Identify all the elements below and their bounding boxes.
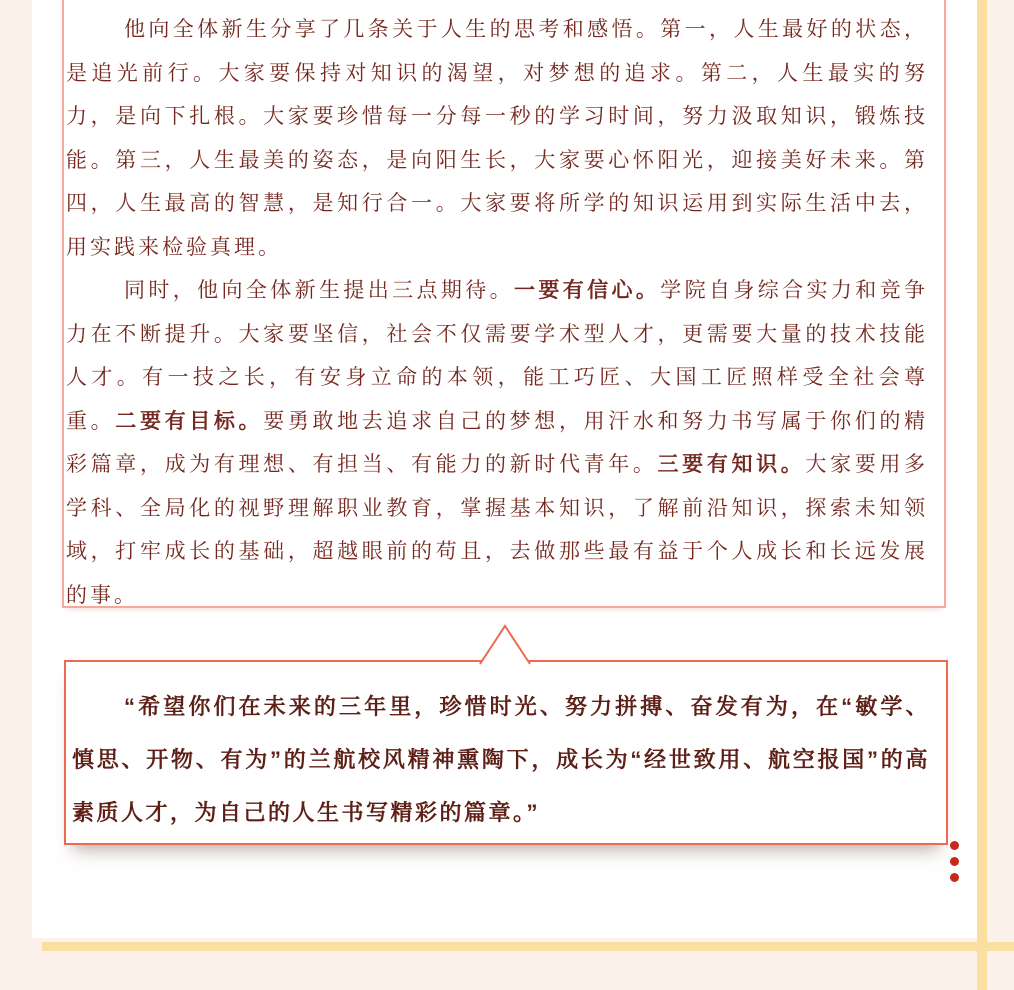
callout-arrow-icon <box>479 623 531 665</box>
dot-icon <box>950 873 959 882</box>
paragraph-life-reflections: 他向全体新生分享了几条关于人生的思考和感悟。第一，人生最好的状态，是追光前行。大… <box>66 8 928 269</box>
quote-text: “希望你们在未来的三年里，珍惜时光、努力拼搏、奋发有为，在“敏学、慎思、开物、有… <box>72 680 930 839</box>
expectation-3-title: 三要有知识。 <box>658 453 806 476</box>
paragraph-three-expectations: 同时，他向全体新生提出三点期待。一要有信心。学院自身综合实力和竞争力在不断提升。… <box>66 269 928 617</box>
expectation-1-title: 一要有信心。 <box>514 279 660 302</box>
speech-summary-card: 他向全体新生分享了几条关于人生的思考和感悟。第一，人生最好的状态，是追光前行。大… <box>62 0 946 608</box>
dot-icon <box>950 857 959 866</box>
yellow-accent-bar-bottom <box>42 942 1014 951</box>
expectations-intro: 同时，他向全体新生提出三点期待。 <box>124 279 514 302</box>
quote-card: “希望你们在未来的三年里，珍惜时光、努力拼搏、奋发有为，在“敏学、慎思、开物、有… <box>64 660 948 845</box>
ellipsis-dots-icon <box>950 841 959 882</box>
article-page: 他向全体新生分享了几条关于人生的思考和感悟。第一，人生最好的状态，是追光前行。大… <box>0 0 1014 990</box>
dot-icon <box>950 841 959 850</box>
expectation-3-text: 大家要用多学科、全局化的视野理解职业教育，掌握基本知识，了解前沿知识，探索未知领… <box>66 453 928 607</box>
yellow-accent-stripe-right <box>977 0 987 990</box>
expectation-2-title: 二要有目标。 <box>115 410 263 433</box>
